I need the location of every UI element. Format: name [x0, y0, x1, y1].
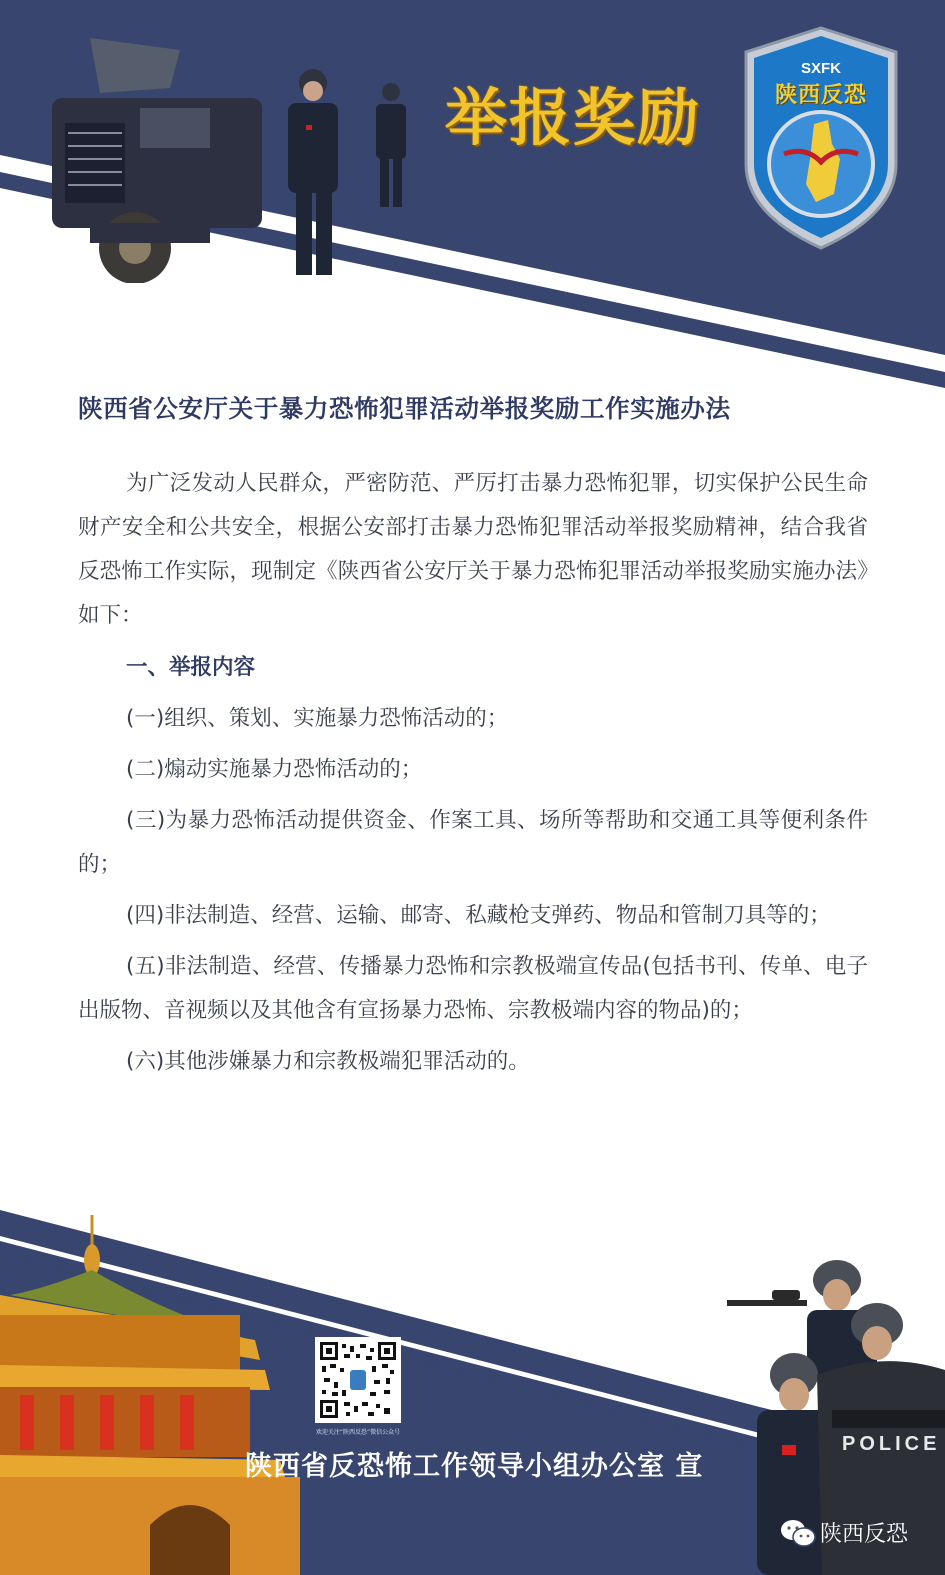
intro-paragraph: 为广泛发动人民群众，严密防范、严厉打击暴力恐怖犯罪，切实保护公民生命财产安全和公…: [78, 462, 868, 638]
badge-name: 陕西反恐: [736, 78, 906, 109]
banner-title: 举报奖励: [445, 82, 715, 154]
list-item: (二)煽动实施暴力恐怖活动的；: [78, 748, 868, 792]
document-title: 陕西省公安厅关于暴力恐怖犯罪活动举报奖励工作实施办法: [78, 390, 878, 425]
armored-vehicle-image: [30, 28, 270, 283]
qr-caption: 欢迎关注“陕西反恐”微信公众号: [306, 1427, 410, 1436]
police-officer-image: [276, 65, 351, 285]
list-item: (一)组织、策划、实施暴力恐怖活动的；: [78, 697, 868, 741]
badge-abbr: SXFK: [736, 60, 906, 77]
list-item: (三)为暴力恐怖活动提供资金、作案工具、场所等帮助和交通工具等便利条件的；: [78, 799, 868, 887]
police-shield-text: POLICE: [842, 1433, 940, 1455]
section-heading: 一、举报内容: [78, 646, 868, 690]
document-body: 为广泛发动人民群众，严密防范、严厉打击暴力恐怖犯罪，切实保护公民生命财产安全和公…: [78, 462, 868, 1091]
list-item: (四)非法制造、经营、运输、邮寄、私藏枪支弹药、物品和管制刀具等的；: [78, 894, 868, 938]
footer-organization: 陕西省反恐怖工作领导小组办公室 宣: [245, 1444, 705, 1483]
qr-logo-icon: [350, 1370, 366, 1390]
drum-tower-image: [0, 1215, 300, 1575]
sxfk-badge: SXFK 陕西反恐: [736, 24, 906, 252]
list-item: (五)非法制造、经营、传播暴力恐怖和宗教极端宣传品(包括书刊、传单、电子出版物、…: [78, 945, 868, 1033]
wechat-account-name: 陕西反恐: [820, 1517, 908, 1548]
wechat-icon: [780, 1519, 816, 1547]
wechat-account-watermark[interactable]: 陕西反恐: [780, 1517, 908, 1548]
police-officer-image: [368, 80, 414, 210]
qr-code-pattern: [320, 1342, 396, 1418]
list-item: (六)其他涉嫌暴力和宗教极端犯罪活动的。: [78, 1040, 868, 1084]
qr-code[interactable]: [315, 1337, 401, 1423]
